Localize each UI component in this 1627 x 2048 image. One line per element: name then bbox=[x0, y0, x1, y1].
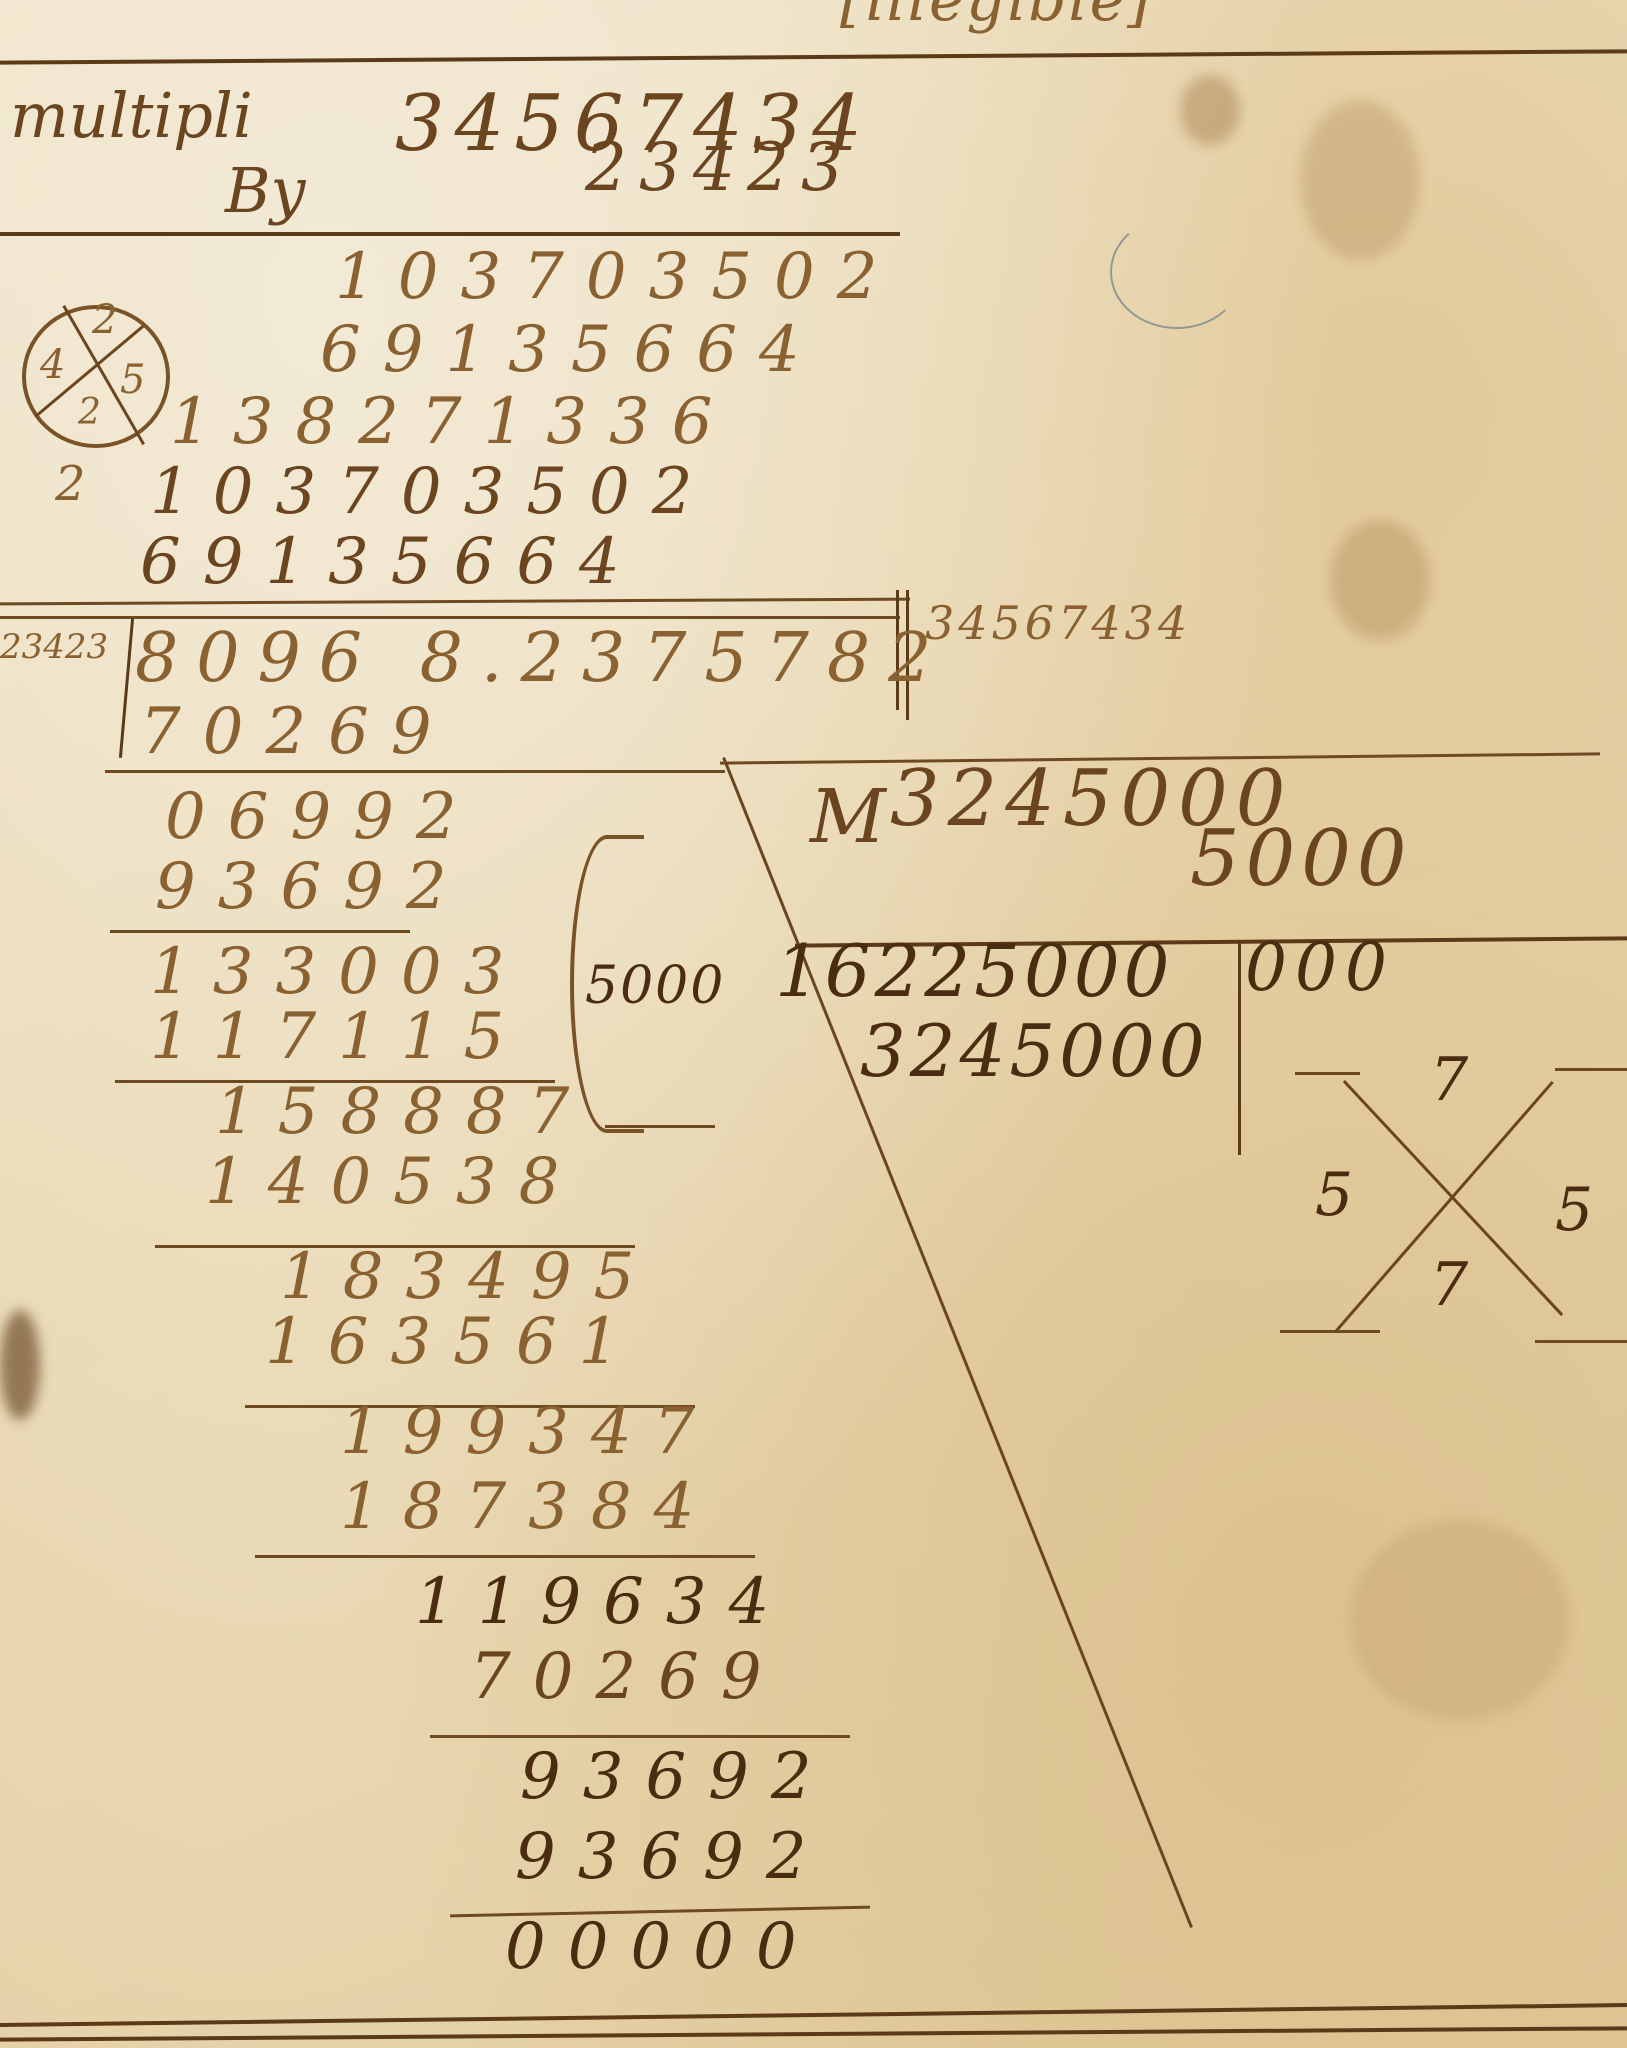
division-step: 140538 bbox=[205, 1150, 581, 1214]
pencil-mark bbox=[1110, 215, 1244, 329]
stain bbox=[1300, 100, 1420, 260]
division-step: 93692 bbox=[515, 1825, 829, 1889]
division-remainder: 00000 bbox=[505, 1915, 819, 1979]
check-circle-top: 2 bbox=[92, 300, 127, 340]
bottom-rule bbox=[0, 2026, 1627, 2041]
division-step: 93692 bbox=[155, 855, 469, 919]
stain bbox=[0, 1310, 40, 1420]
division-step: 119634 bbox=[415, 1570, 791, 1634]
divisor: 23423 bbox=[0, 630, 108, 664]
check-cross-top: 7 bbox=[1430, 1050, 1478, 1110]
check-cross-serif bbox=[1555, 1068, 1627, 1071]
top-rule bbox=[0, 49, 1627, 64]
division-rule bbox=[105, 770, 725, 773]
check-cross-serif bbox=[1295, 1072, 1360, 1075]
division-rule bbox=[255, 1555, 755, 1558]
bracket-underline bbox=[605, 1125, 715, 1128]
second-line2: 3245000 bbox=[860, 1015, 1209, 1087]
stain bbox=[1330, 520, 1430, 640]
partial-product-5: 69135664 bbox=[140, 530, 642, 594]
partial-product-4: 103703502 bbox=[150, 460, 714, 524]
division-step: 93692 bbox=[520, 1745, 834, 1809]
header-fragment: [illegible] bbox=[840, 0, 1153, 30]
check-cross-right: 5 bbox=[1555, 1180, 1603, 1240]
check-cross-bottom: 7 bbox=[1430, 1255, 1478, 1315]
quotient: 34567434 bbox=[925, 600, 1191, 646]
second-problem-label: M bbox=[810, 780, 886, 854]
division-step: 133003 bbox=[150, 940, 526, 1004]
stain bbox=[1180, 75, 1240, 145]
division-step: 06992 bbox=[165, 785, 479, 849]
partial-product-3: 138271336 bbox=[170, 390, 734, 454]
bracket-note: 5000 bbox=[585, 960, 725, 1012]
dividend: 8096 8.2375782 bbox=[135, 625, 949, 693]
second-product: 16225000 bbox=[775, 935, 1173, 1007]
check-circle-left: 4 bbox=[40, 345, 75, 385]
division-rule bbox=[110, 930, 410, 933]
second-product-divider bbox=[1238, 940, 1241, 1155]
division-step: 187384 bbox=[340, 1475, 716, 1539]
multiplication-rule bbox=[0, 232, 900, 236]
check-circle-bottom: 2 bbox=[78, 395, 111, 431]
division-step: 117115 bbox=[150, 1005, 526, 1069]
multiply-label: multipli bbox=[10, 85, 253, 147]
check-cross-serif bbox=[1535, 1340, 1627, 1343]
check-circle-right: 5 bbox=[120, 360, 155, 400]
by-label: By bbox=[225, 160, 306, 222]
division-step: 183495 bbox=[280, 1245, 656, 1309]
check-cross-serif bbox=[1280, 1330, 1380, 1333]
second-product-suffix: 000 bbox=[1245, 935, 1395, 1001]
bottom-rule bbox=[0, 2003, 1627, 2027]
multiplier: 23423 bbox=[585, 135, 855, 201]
carry-note: 2 bbox=[55, 460, 96, 508]
division-step: 163561 bbox=[265, 1310, 641, 1374]
check-cross-left: 5 bbox=[1315, 1165, 1363, 1225]
partial-product-1: 103703502 bbox=[335, 245, 899, 309]
second-multiplier: 5000 bbox=[1190, 820, 1413, 898]
stain bbox=[1350, 1520, 1570, 1720]
division-rule bbox=[430, 1735, 850, 1738]
division-bracket-left bbox=[119, 618, 134, 758]
division-step: 199347 bbox=[340, 1400, 716, 1464]
division-step: 70269 bbox=[140, 700, 454, 764]
division-step: 158887 bbox=[215, 1080, 591, 1144]
partial-product-2: 69135664 bbox=[320, 318, 822, 382]
document-page: [illegible] multipli 34567434 By 23423 2… bbox=[0, 0, 1627, 2048]
division-step: 70269 bbox=[470, 1645, 784, 1709]
